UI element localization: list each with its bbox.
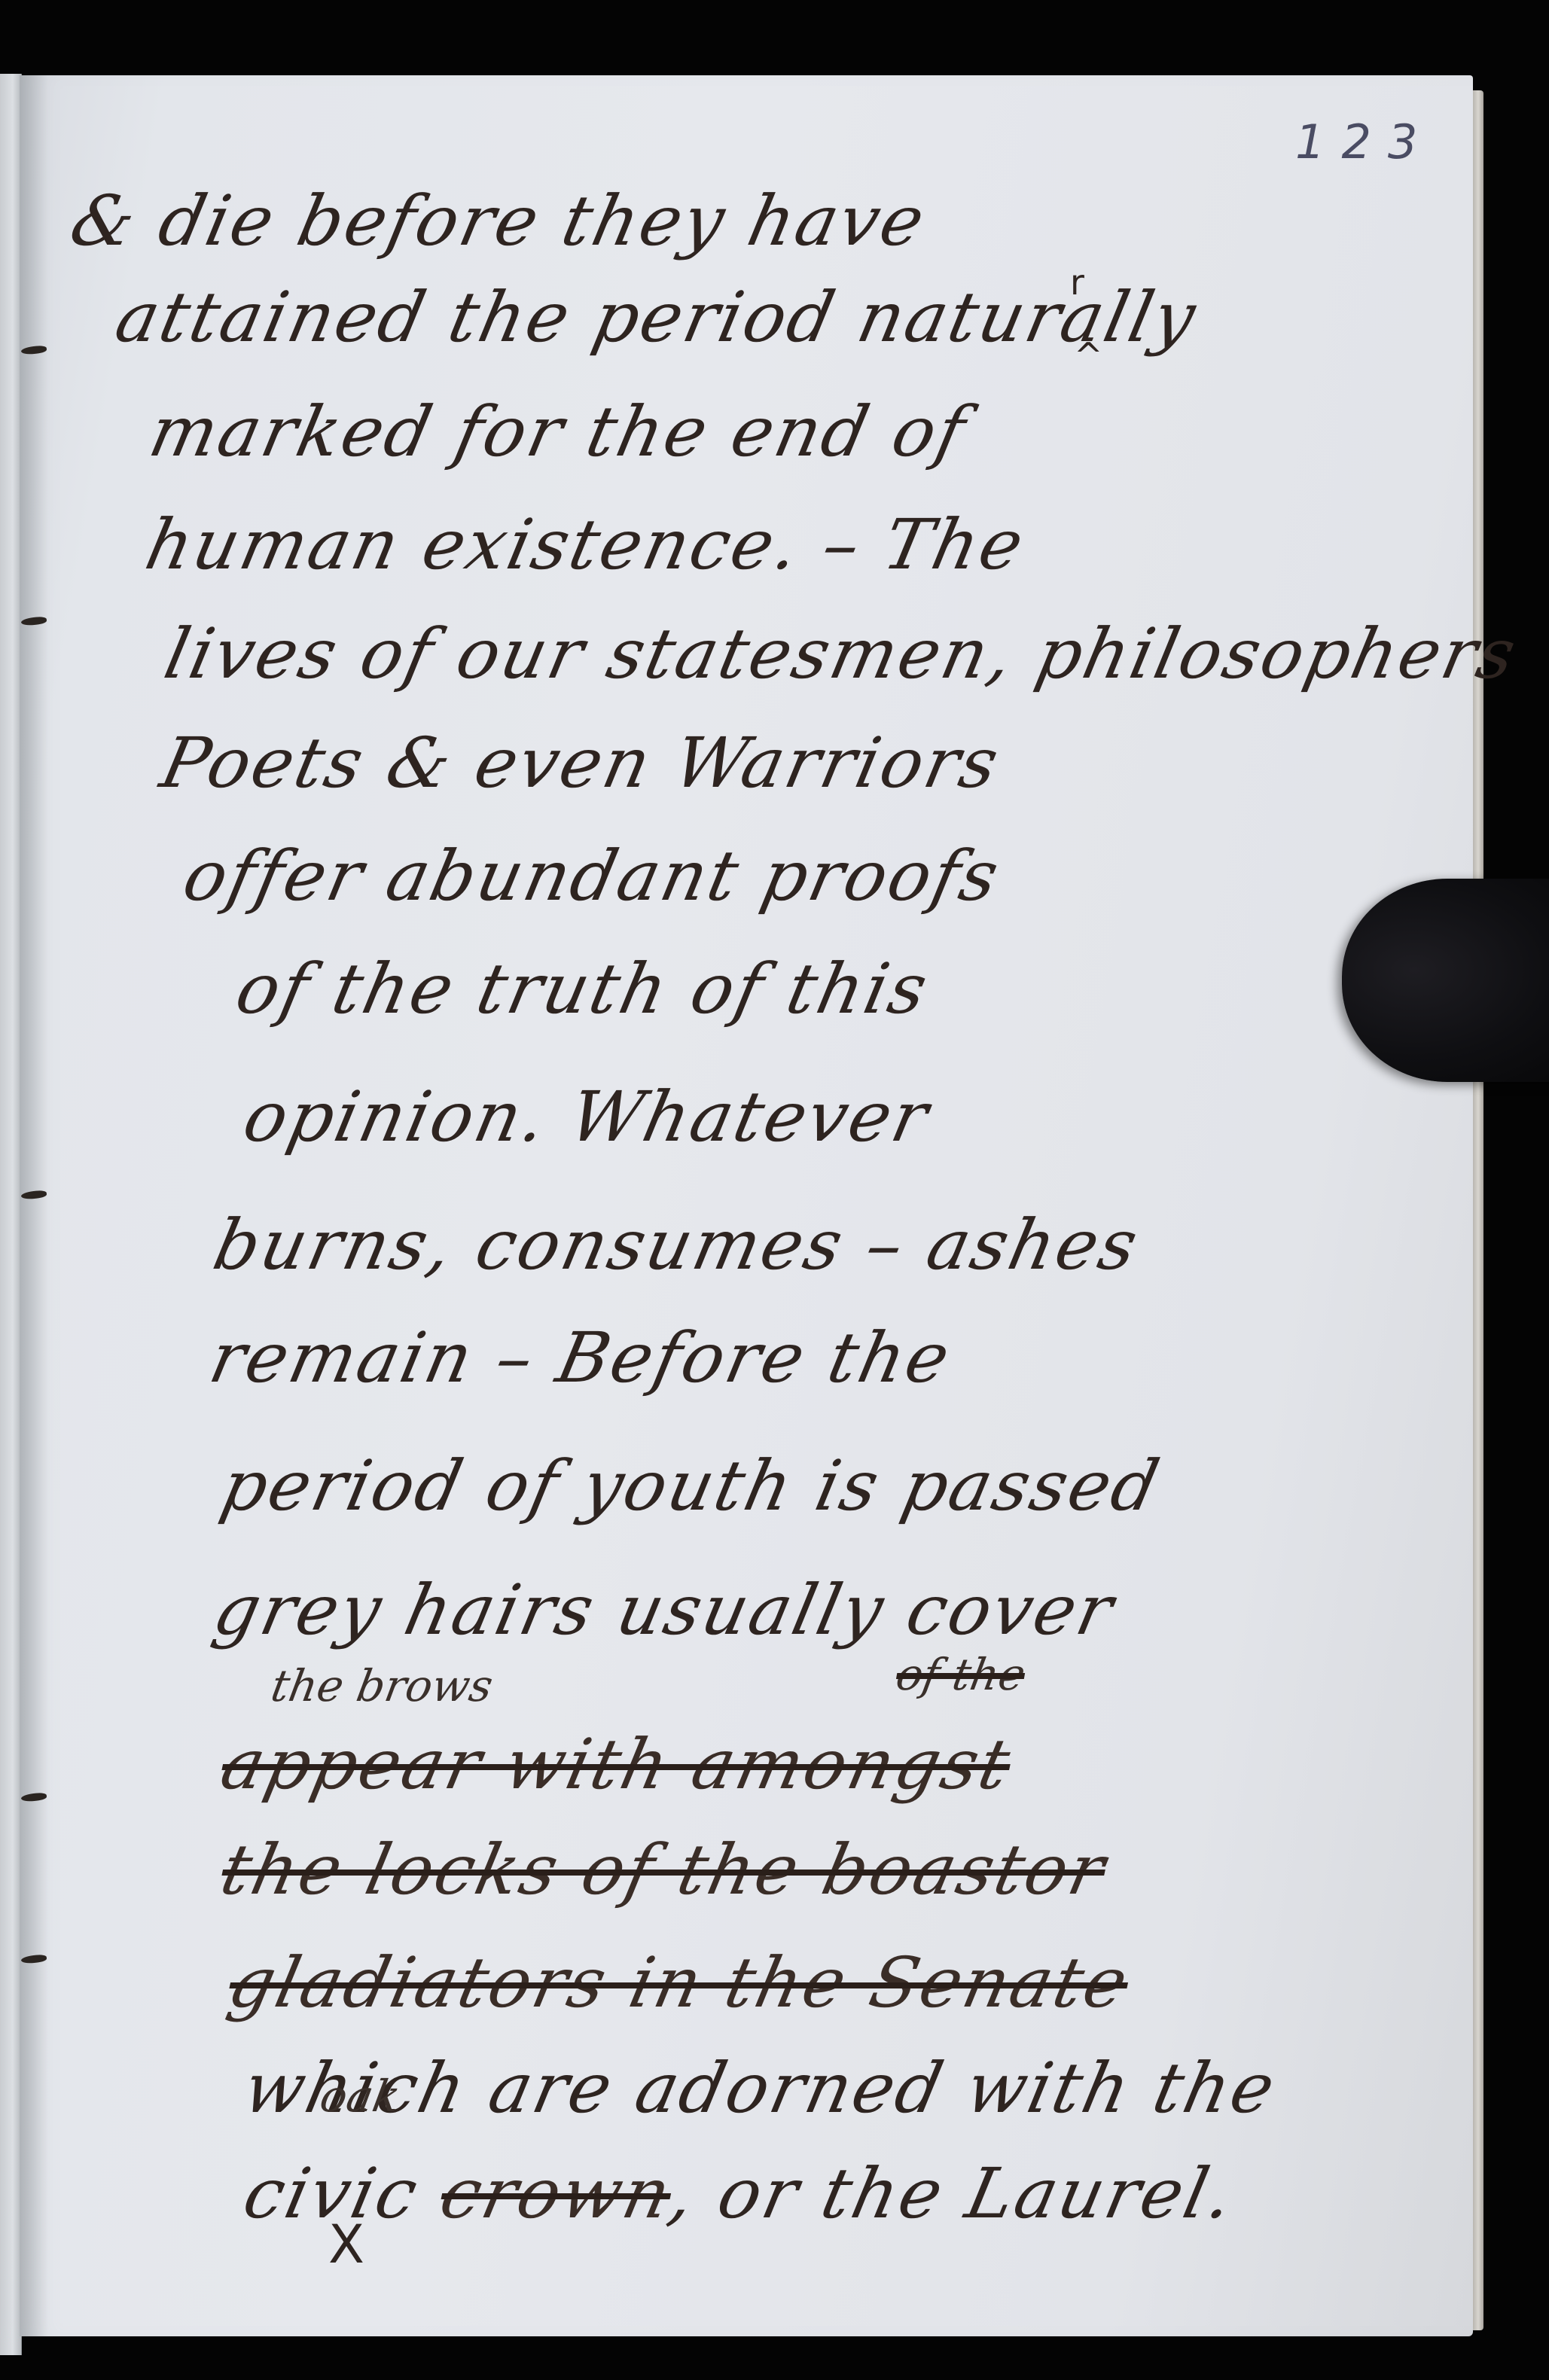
gutter-shadow [20, 75, 48, 2336]
manuscript-line-5: lives of our statesmen, philosophers [158, 614, 1525, 694]
manuscript-line-11: remain – Before the [203, 1318, 959, 1398]
manuscript-line-6: Poets & even Warriors [154, 723, 1008, 803]
manuscript-line-7: offer abundant proofs [177, 836, 1008, 916]
line-ending: , or the Laurel. [663, 2153, 1243, 2234]
manuscript-line-9: opinion. Whatever [237, 1077, 938, 1157]
insertion-cross-mark: X [328, 2214, 364, 2275]
interlinear-insertion: the brows [267, 1660, 497, 1711]
manuscript-line-8: of the truth of this [230, 949, 937, 1029]
manuscript-line-12: period of youth is passed [215, 1446, 1168, 1526]
page-number: 123 [1295, 114, 1434, 169]
caret-mark: ^ [1074, 335, 1103, 376]
manuscript-line-13: grey hairs usually cover [207, 1570, 1122, 1650]
manuscript-line-3: marked for the end of [143, 392, 974, 472]
struck-line-2: the locks of the boastor [215, 1830, 1114, 1910]
manuscript-line-1: & die before they have [64, 181, 934, 261]
page-fore-edge [1473, 90, 1483, 2330]
manuscript-line-15: civic crown, or the Laurel. [237, 2153, 1243, 2234]
manuscript-photo: 123 & die before they have r attained th… [0, 0, 1549, 2380]
oak-insertion: oak [316, 2071, 404, 2122]
manuscript-line-2: attained the period naturally [109, 277, 1205, 358]
manuscript-line-10: burns, consumes – ashes [207, 1205, 1147, 1285]
struck-line-3: gladiators in the Senate [222, 1943, 1137, 2023]
previous-leaf-edge [0, 74, 22, 2355]
manuscript-line-4: human existence. – The [139, 504, 1032, 585]
holding-thumb [1342, 879, 1549, 1082]
notebook-page: 123 & die before they have r attained th… [20, 75, 1473, 2336]
struck-line-1: appear with amongst [215, 1724, 1019, 1805]
struck-word: crown [434, 2153, 680, 2234]
struck-insertion: of the [892, 1649, 1029, 1700]
